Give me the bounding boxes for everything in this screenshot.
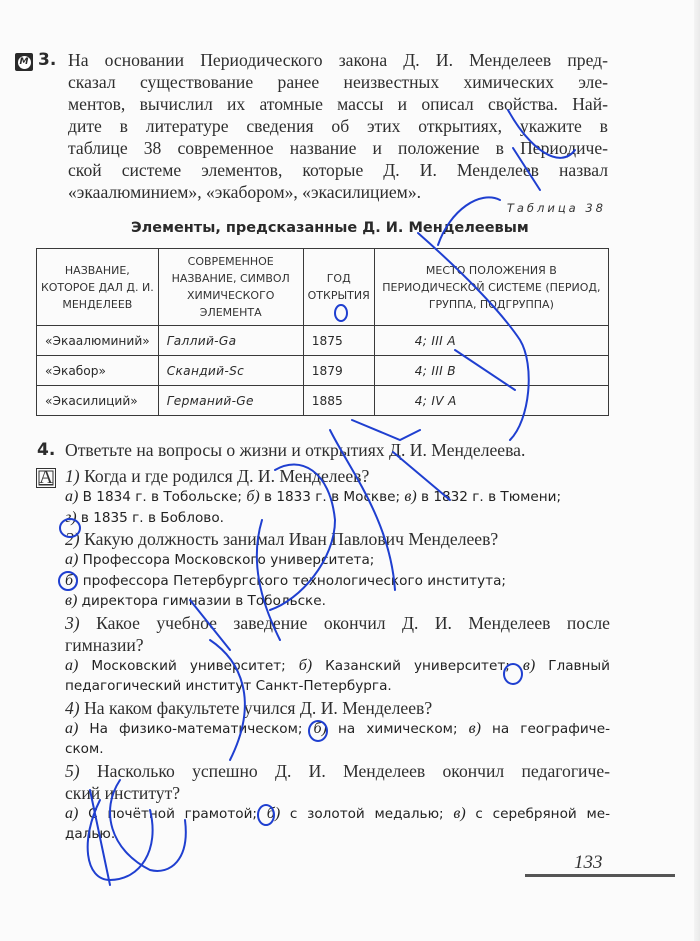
question-3-option-cont: педагогический институт Санкт-Петербурга… [65,676,610,697]
cell-year: 1879 [303,356,374,386]
question-4: 4) На каком факультете учился Д. И. Менд… [65,697,610,719]
option-v[interactable]: в) в 1832 г. в Тюмени; [404,489,561,505]
option-a[interactable]: а) С почётной грамотой; [65,806,257,822]
cell-modern-name[interactable]: Германий-Ge [158,386,303,416]
header-year: ГОД ОТКРЫТИЯ [303,249,374,326]
question-5-cont: ский институт? [65,782,610,804]
page-rule [525,874,675,877]
question-4-options: а) На физико-математическом; б) на химич… [65,719,610,740]
cell-year: 1885 [303,386,374,416]
task-3-text: На основании Периодического закона Д. И.… [68,49,608,203]
header-modern-name: СОВРЕМЕННОЕ НАЗВАНИЕ, СИМВОЛ ХИМИЧЕСКОГО… [158,249,303,326]
option-v[interactable]: в) с серебряной ме- [453,806,610,822]
option-b[interactable]: б) на химическом; [314,721,458,737]
question-3-cont: гимназии? [65,634,610,656]
cell-modern-name[interactable]: Скандий-Sc [158,356,303,386]
method-icon: M [15,53,33,71]
question-3-options: а) Московский университет; б) Казанский … [65,656,610,677]
cell-mendeleev-name: «Экаалюминий» [37,326,159,356]
option-a[interactable]: а) В 1834 г. в Тобольске; [65,489,242,505]
task-4-questions: 1) Когда и где родился Д. И. Менделеев? … [65,465,610,845]
cell-position[interactable]: 4; III B [374,356,608,386]
table-38: НАЗВАНИЕ, КОТОРОЕ ДАЛ Д. И. МЕНДЕЛЕЕВ СО… [36,248,609,416]
cell-mendeleev-name: «Экасилиций» [37,386,159,416]
header-position: МЕСТО ПОЛОЖЕНИЯ В ПЕРИОДИЧЕСКОЙ СИСТЕМЕ … [374,249,608,326]
option-v[interactable]: в) на географиче- [469,721,610,737]
option-b[interactable]: б) в 1833 г. в Москве; [246,489,400,505]
option-g[interactable]: г) в 1835 г. в Боблово. [65,510,224,526]
table-caption: Таблица 38 [507,201,606,215]
option-v[interactable]: в) директора гимназии в Тобольске. [65,591,610,612]
task-4-prompt: Ответьте на вопросы о жизни и открытиях … [65,439,525,461]
table-header-row: НАЗВАНИЕ, КОТОРОЕ ДАЛ Д. И. МЕНДЕЛЕЕВ СО… [37,249,609,326]
cell-position[interactable]: 4; IV A [374,386,608,416]
table-row: «Экасилиций» Германий-Ge 1885 4; IV A [37,386,609,416]
option-b[interactable]: б) Казанский университет; [299,658,510,674]
option-a[interactable]: а) Московский университет; [65,658,286,674]
question-1-options-cont: г) в 1835 г. в Боблово. [65,508,610,529]
cell-mendeleev-name: «Экабор» [37,356,159,386]
page-number: 133 [574,852,603,874]
task-4-number: 4. [37,440,55,460]
table-row: «Экабор» Скандий-Sc 1879 4; III B [37,356,609,386]
question-5-options: а) С почётной грамотой; б) с золотой мед… [65,804,610,825]
question-1-options: а) В 1834 г. в Тобольске; б) в 1833 г. в… [65,487,610,508]
header-mendeleev-name: НАЗВАНИЕ, КОТОРОЕ ДАЛ Д. И. МЕНДЕЛЕЕВ [37,249,159,326]
cell-year: 1875 [303,326,374,356]
option-b[interactable]: б) с золотой медалью; [267,806,444,822]
question-1: 1) Когда и где родился Д. И. Менделеев? [65,465,610,487]
table-title: Элементы, предсказанные Д. И. Менделеевы… [131,220,529,236]
question-5-option-cont: далью. [65,824,610,845]
question-2: 2) Какую должность занимал Иван Павлович… [65,528,610,550]
table-row: «Экаалюминий» Галлий-Ga 1875 4; III A [37,326,609,356]
option-v[interactable]: в) Главный [523,658,610,674]
cell-modern-name[interactable]: Галлий-Ga [158,326,303,356]
option-b[interactable]: б) профессора Петербургского технологиче… [65,571,610,592]
question-5: 5) Насколько успешно Д. И. Менделеев око… [65,760,610,782]
page-edge [694,0,700,941]
level-badge: А [36,468,56,488]
option-a[interactable]: а) На физико-математическом; [65,721,302,737]
task-3-number: 3. [38,50,56,70]
cell-position[interactable]: 4; III A [374,326,608,356]
question-3: 3) Какое учебное заведение окончил Д. И.… [65,612,610,634]
question-4-option-cont: ском. [65,739,610,760]
option-a[interactable]: а) Профессора Московского университета; [65,550,610,571]
